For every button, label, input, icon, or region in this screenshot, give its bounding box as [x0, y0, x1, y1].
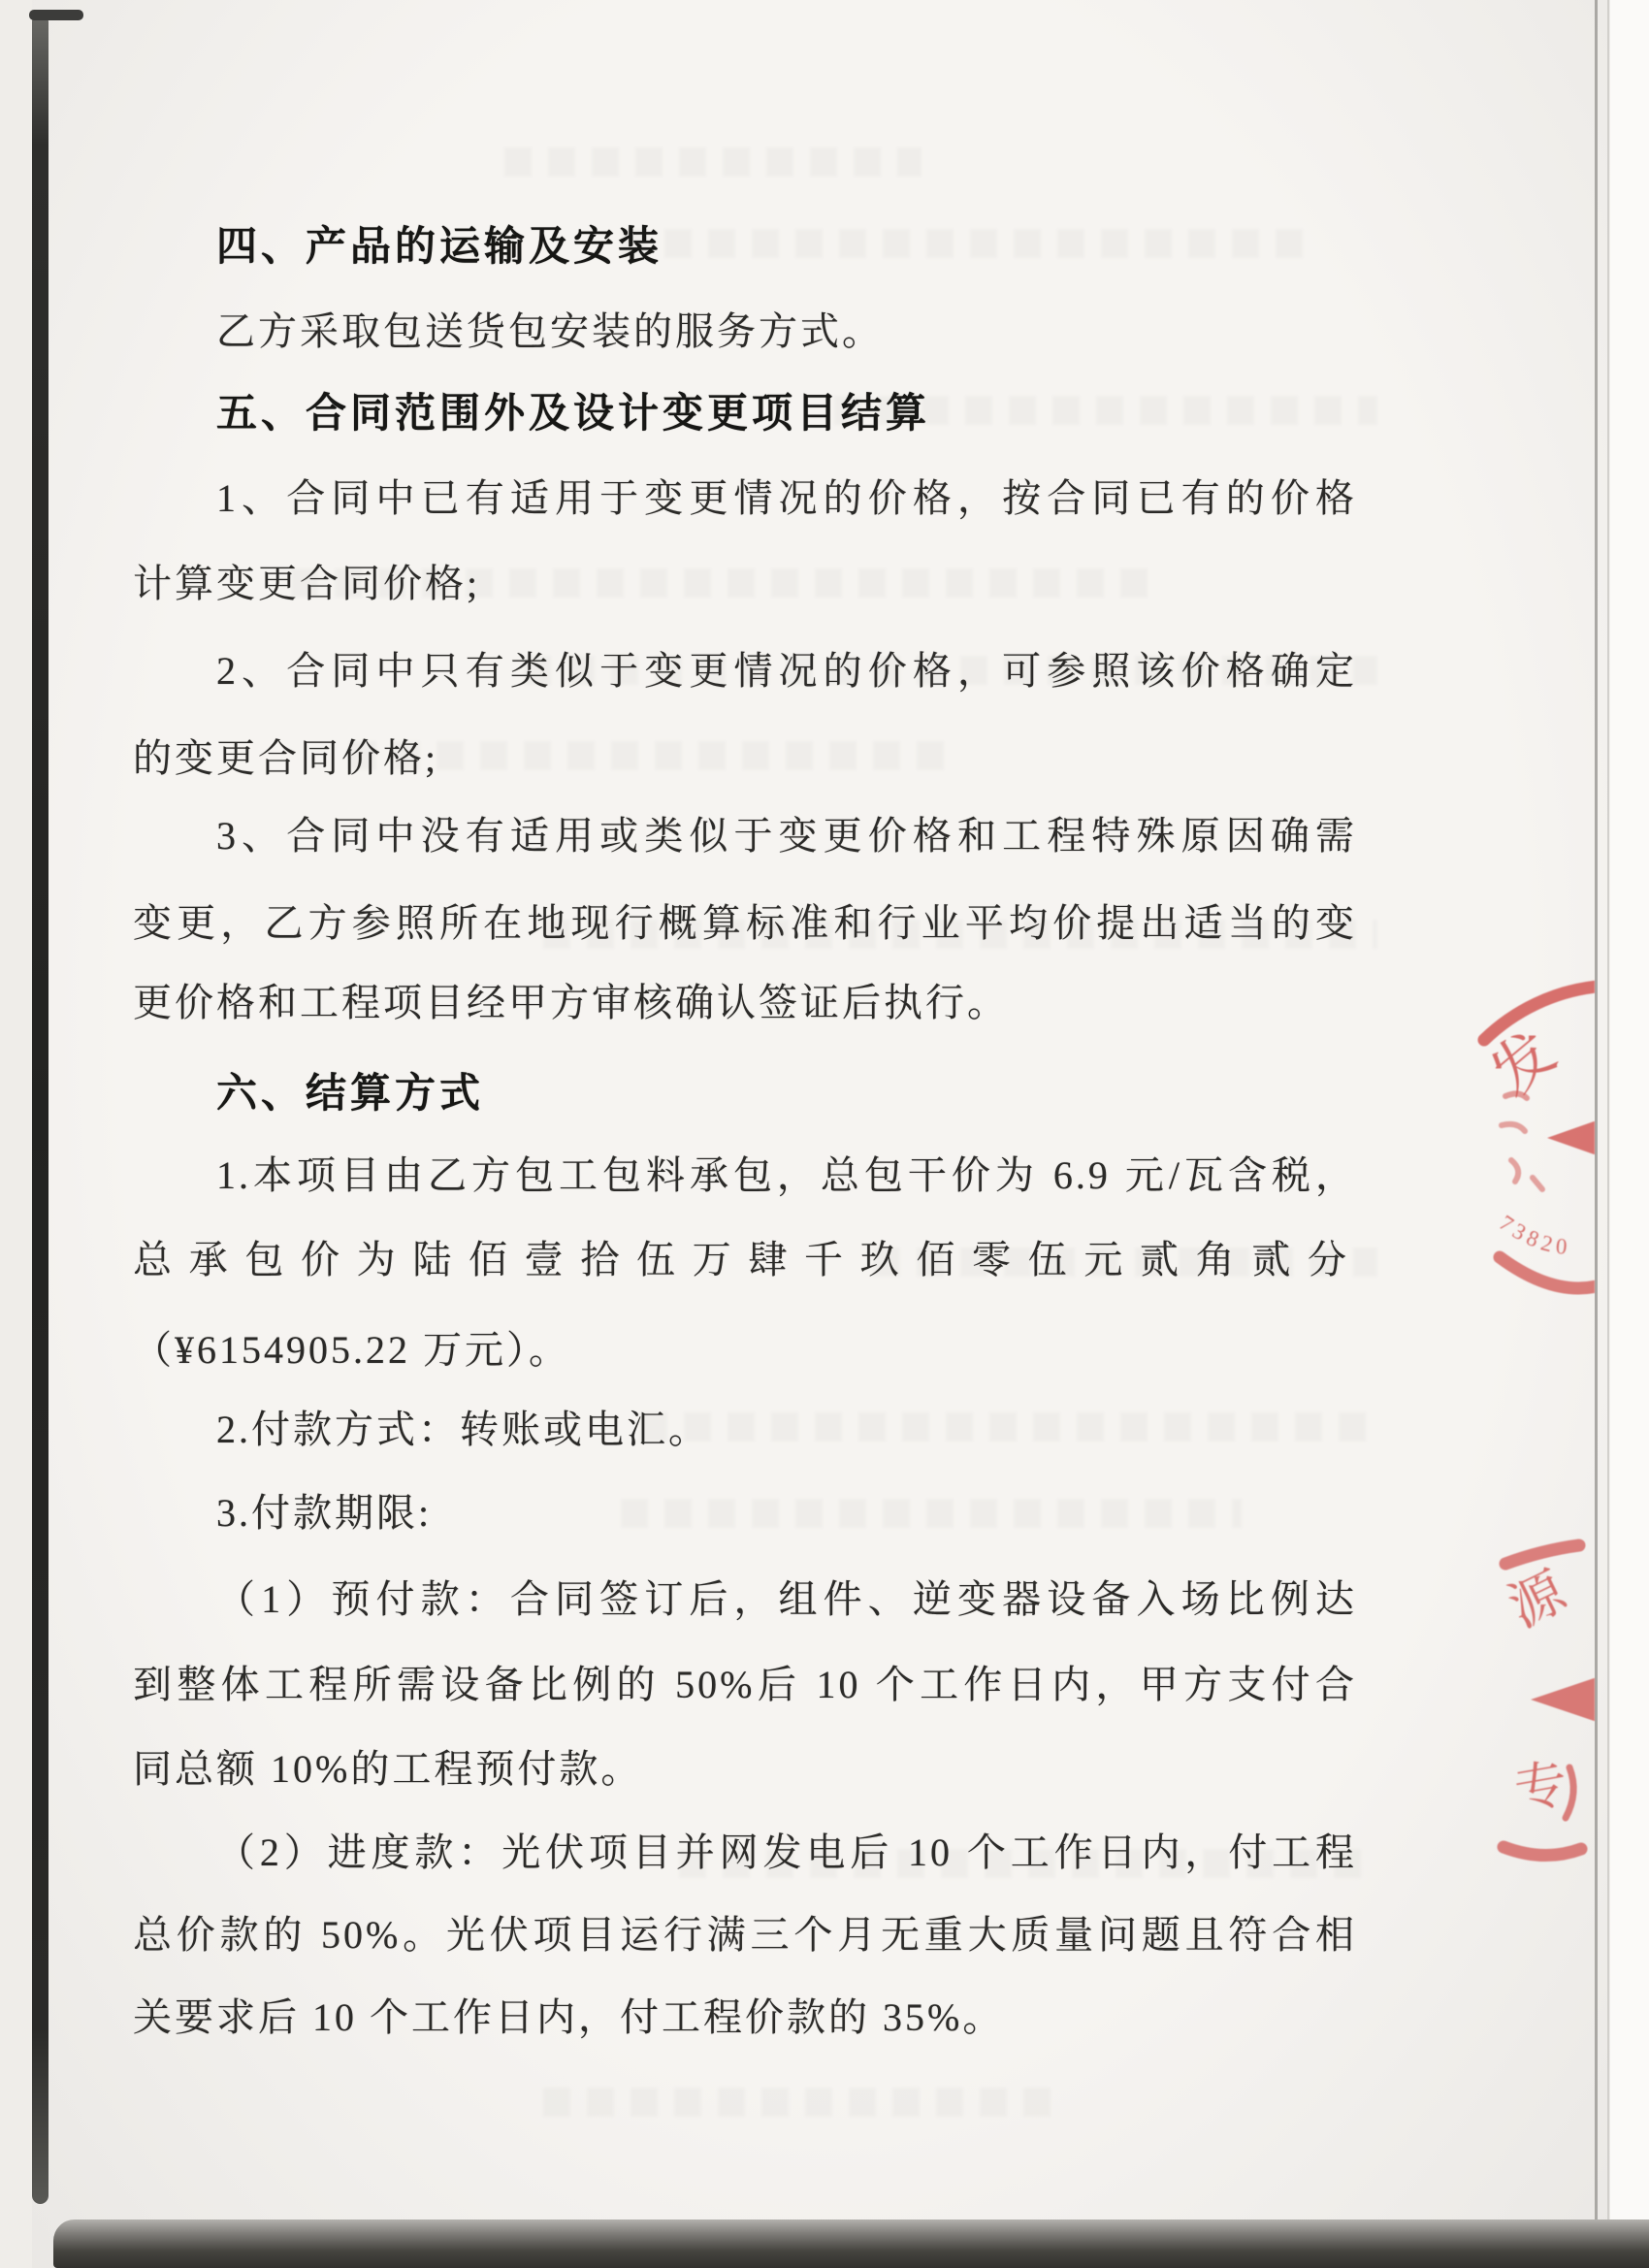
contract-text-line: 2、合同中只有类似于变更情况的价格，可参照该价格确定: [133, 648, 1357, 695]
spine-shadow-top-tick: [29, 10, 83, 20]
contract-text-line: （1）预付款：合同签订后，组件、逆变器设备入场比例达: [133, 1576, 1357, 1623]
contract-text-line: 同总额 10%的工程预付款。: [133, 1746, 1357, 1793]
page-fold-line-faint: [1607, 0, 1609, 2223]
page-fold-line: [1595, 0, 1598, 2223]
seal-rim-arc: [1484, 987, 1595, 1040]
seal-rim-arc: [1505, 1545, 1579, 1564]
official-seal-upper: 发 73820: [1455, 978, 1595, 1298]
scan-shadow-bottom: [53, 2219, 1649, 2268]
contract-text-line: 总价款的 50%。光伏项目运行满三个月无重大质量问题且符合相: [133, 1912, 1357, 1959]
seal-number: 73820: [1495, 1211, 1572, 1260]
seal-stroke-fragment: [1502, 1124, 1525, 1131]
contract-text-line: 3.付款期限:: [133, 1490, 1357, 1537]
seal-rim-arc: [1503, 1847, 1581, 1856]
bleedthrough-smudge: [504, 147, 921, 177]
seal-number-text: 73820: [1495, 1211, 1572, 1260]
paper-edge-left: [0, 0, 32, 2268]
contract-text-line: 更价格和工程项目经甲方审核确认签证后执行。: [133, 980, 1357, 1026]
contract-text-line: 乙方采取包送货包安装的服务方式。: [133, 308, 1357, 355]
heading-transport-installation: 四、产品的运输及安装: [133, 223, 1357, 270]
contract-text-line: 到整体工程所需设备比例的 50%后 10 个工作日内，甲方支付合: [133, 1662, 1357, 1708]
contract-text-line: 1、合同中已有适用于变更情况的价格，按合同已有的价格: [133, 475, 1357, 522]
seal-stroke-fragment: [1533, 1178, 1542, 1189]
paper-edge-right: [1610, 0, 1649, 2223]
heading-out-of-scope-settlement: 五、合同范围外及设计变更项目结算: [133, 390, 1357, 437]
scanned-contract-page: { "document": { "kind": "scanned contrac…: [0, 0, 1649, 2268]
official-seal-lower: 源 专: [1455, 1513, 1595, 1882]
heading-settlement-method: 六、结算方式: [133, 1070, 1357, 1117]
seal-rim-arc: [1500, 1257, 1595, 1288]
contract-text-line: 3、合同中没有适用或类似于变更价格和工程特殊原因确需: [133, 813, 1357, 859]
contract-total-price-numeric: （¥6154905.22 万元）。: [133, 1327, 1357, 1374]
contract-total-price-words: 总承包价为陆佰壹拾伍万肆千玖佰零伍元贰角贰分: [133, 1237, 1357, 1283]
contract-text-line: 计算变更合同价格;: [133, 561, 1357, 607]
contract-text-line: （2）进度款：光伏项目并网发电后 10 个工作日内，付工程: [133, 1830, 1357, 1876]
contract-text-line: 变更，乙方参照所在地现行概算标准和行业平均价提出适当的变: [133, 900, 1357, 947]
contract-text-line: 的变更合同价格;: [133, 735, 1357, 782]
contract-text-line: 2.付款方式：转账或电汇。: [133, 1407, 1357, 1453]
contract-text-line: 关要求后 10 个工作日内，付工程价款的 35%。: [133, 1994, 1357, 2041]
seal-character: 专: [1510, 1754, 1572, 1820]
contract-text-line: 1.本项目由乙方包工包料承包，总包干价为 6.9 元/瓦含税，: [133, 1152, 1357, 1199]
seal-character: 源: [1500, 1561, 1575, 1639]
seal-stroke-fragment: [1511, 1160, 1518, 1182]
book-spine-shadow: [32, 14, 48, 2204]
bleedthrough-smudge: [543, 2088, 1067, 2117]
